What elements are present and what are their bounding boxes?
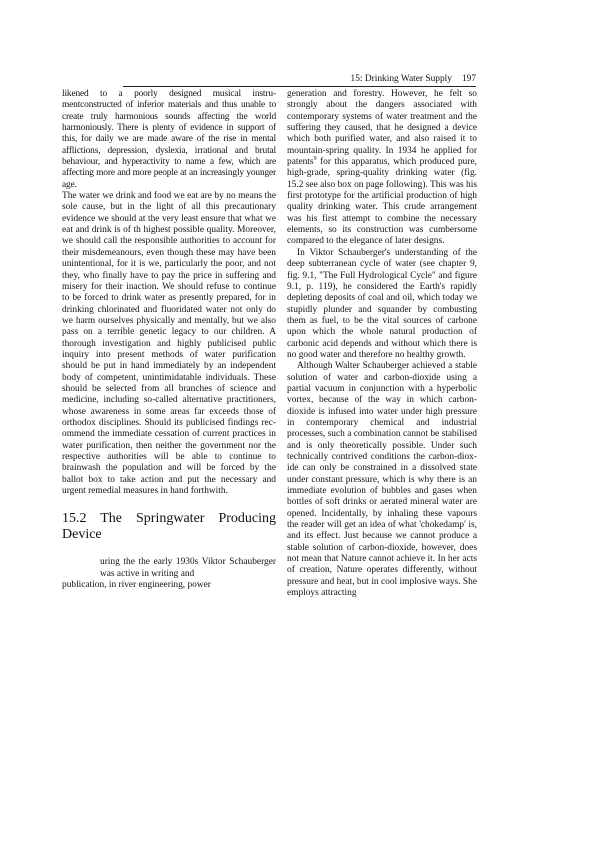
running-head: 15: Drinking Water Supply197 — [123, 74, 476, 87]
section-opening-first-lines: uring the the early 1930s Viktor Schaube… — [62, 557, 276, 580]
paragraph: Although Walter Schauberger achieved a s… — [287, 361, 477, 599]
paragraph: generation and forestry. However, he fel… — [287, 89, 477, 248]
section-number: 15.2 — [62, 511, 87, 526]
chapter-title: 15: Drinking Water Supply — [351, 74, 452, 84]
paragraph: In Viktor Schauberger's understanding of… — [287, 248, 477, 361]
page-number: 197 — [462, 74, 476, 84]
right-column: generation and forestry. However, he fel… — [287, 89, 477, 599]
left-column: likened to a poorly designed musical ins… — [62, 89, 276, 591]
section-title: The Springwater Producing Device — [62, 511, 276, 542]
paragraph: The water we drink and food we eat are b… — [62, 191, 276, 497]
paragraph-text: for this apparatus, which produced pure,… — [287, 157, 477, 246]
paragraph: likened to a poorly designed musical ins… — [62, 89, 276, 191]
section-opening-paragraph: uring the the early 1930s Viktor Schaube… — [62, 557, 276, 591]
section-heading: 15.2 The Springwater Producing Device — [62, 511, 276, 543]
section-opening-continuation: publication, in river engineering, power — [62, 580, 211, 590]
